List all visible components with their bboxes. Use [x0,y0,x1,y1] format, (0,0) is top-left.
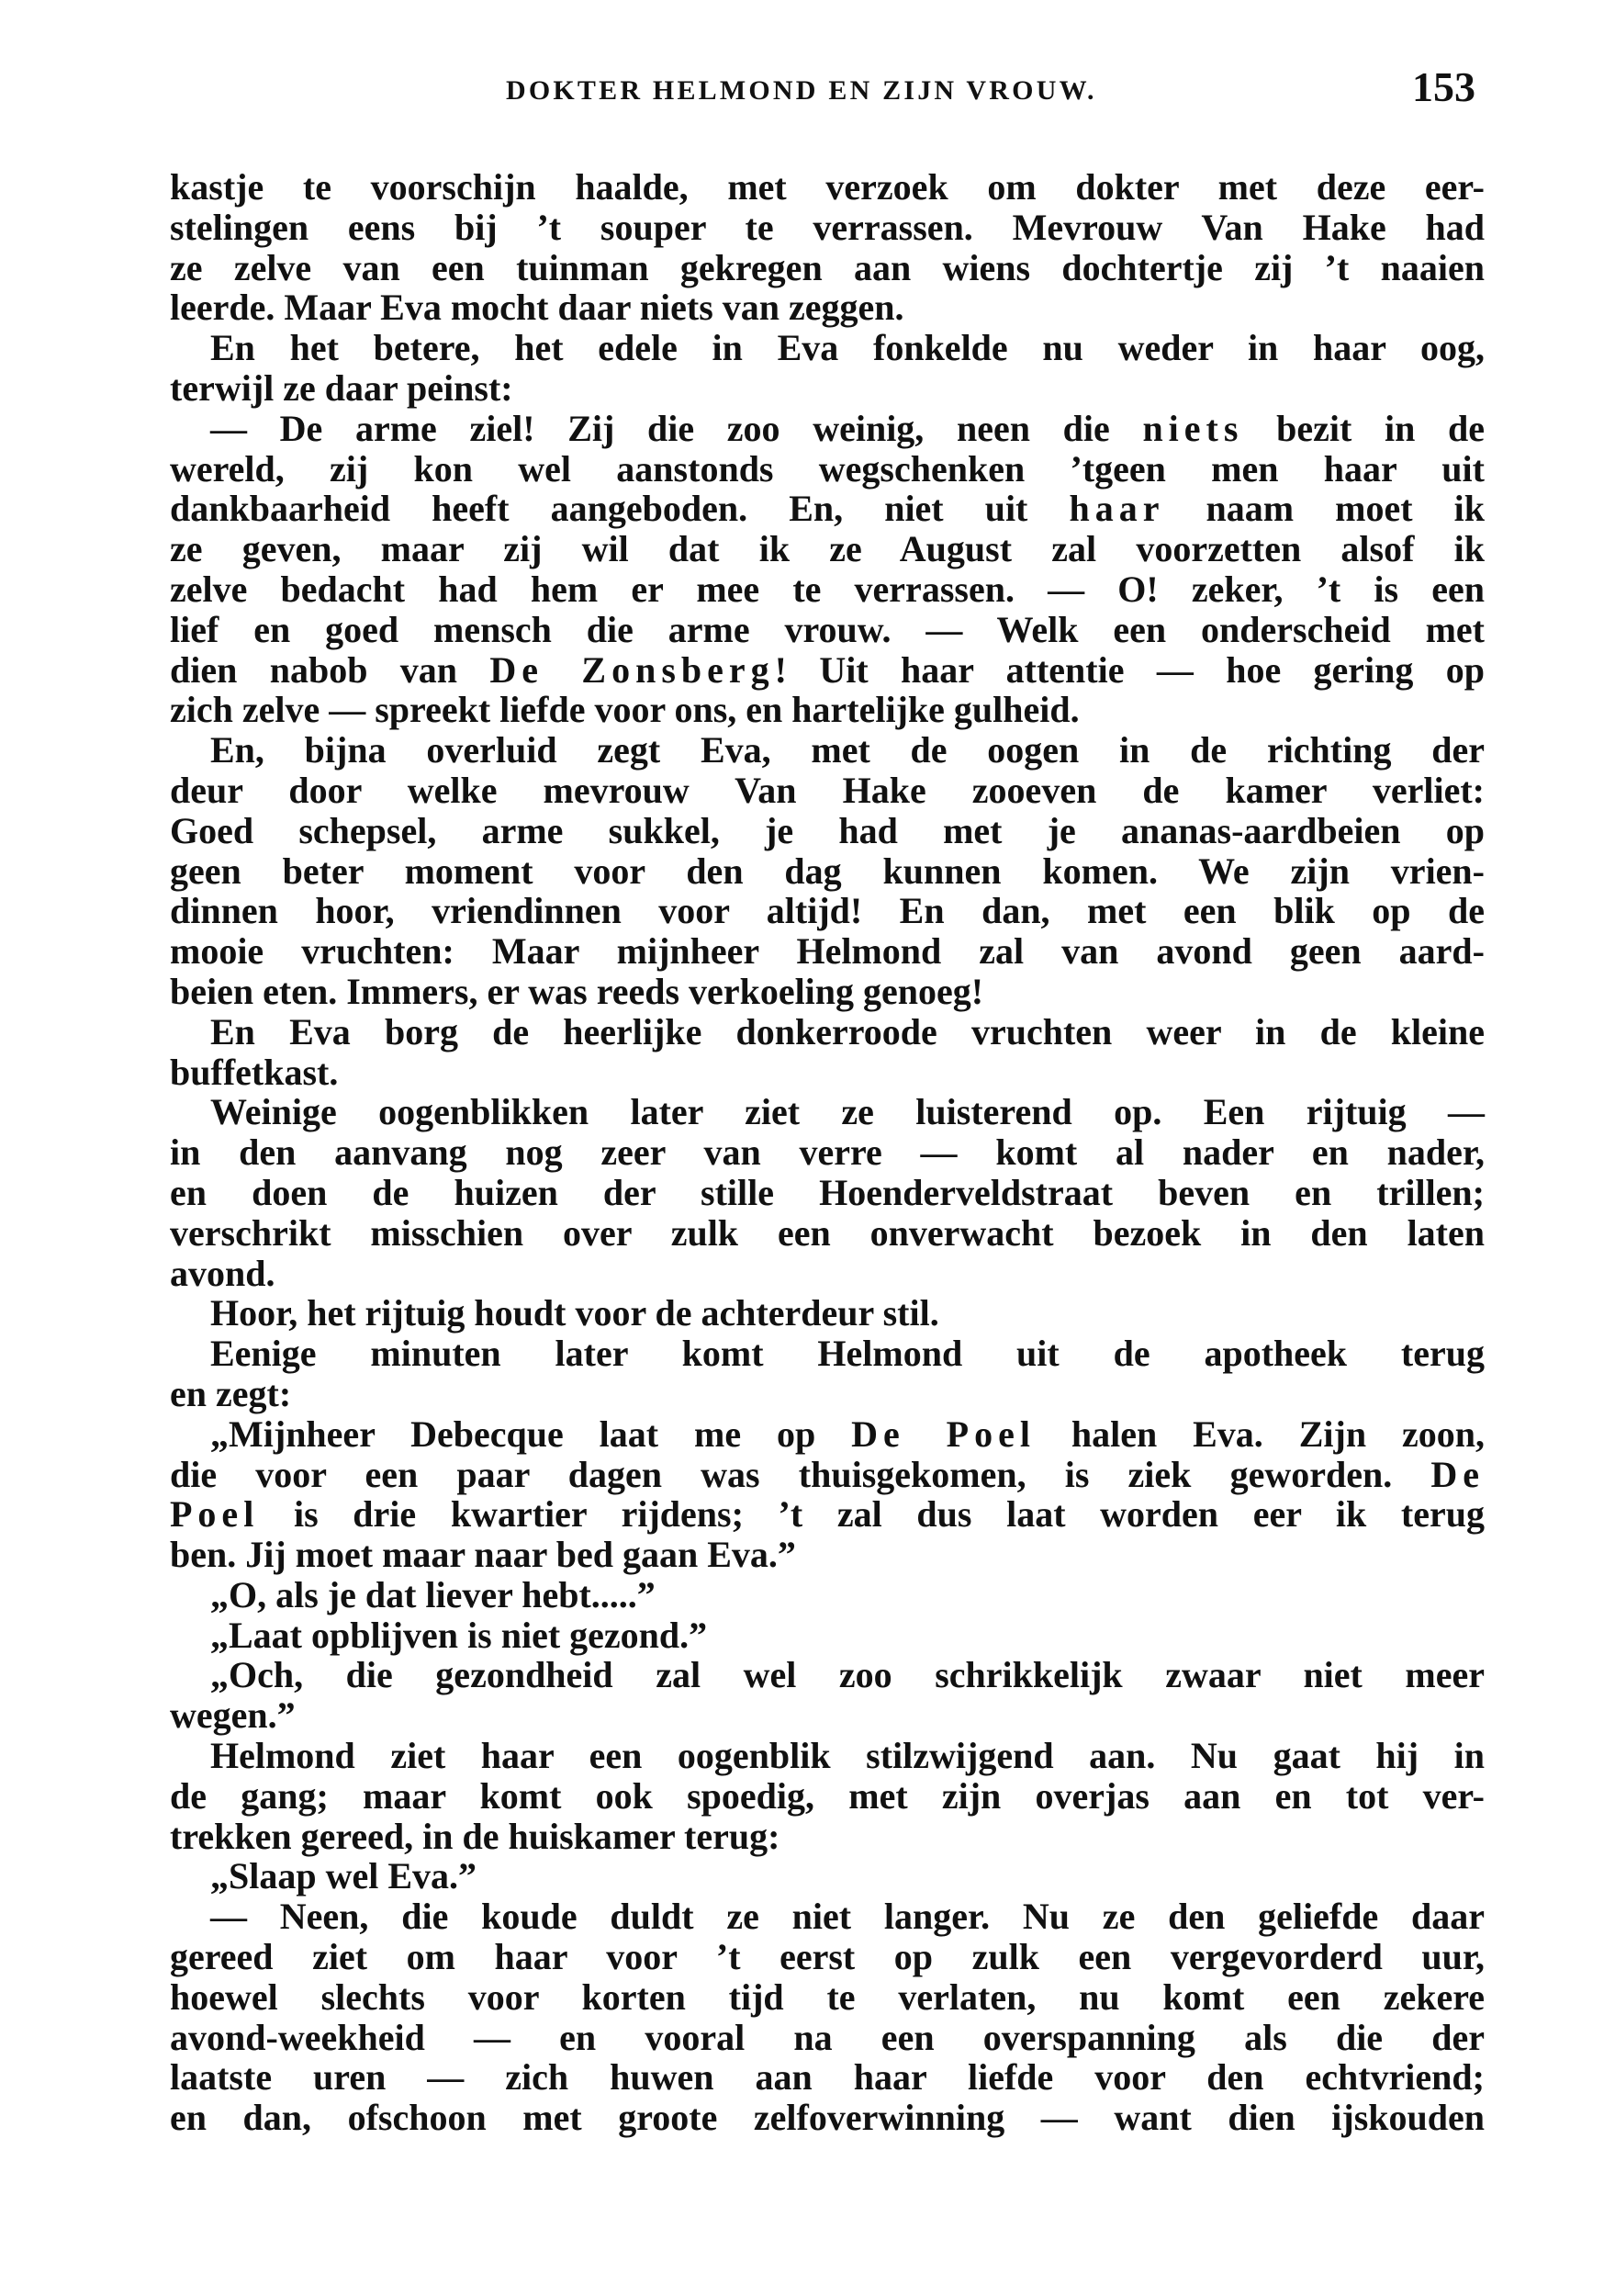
text-line: geen beter moment voor den dag kunnen ko… [170,851,1485,892]
text-line: leerde. Maar Eva mocht daar niets van ze… [170,287,1485,328]
text-line: wegen.” [170,1695,1485,1736]
text-line: trekken gereed, in de huiskamer terug: [170,1817,1485,1857]
text-segment: naam moet ik [1164,488,1485,529]
spaced-emphasis: De Poel [851,1413,1036,1455]
text-line: Goed schepsel, arme sukkel, je had met j… [170,811,1485,851]
text-line: en doen de huizen der stille Hoenderveld… [170,1173,1485,1213]
text-line: zich zelve — spreekt liefde voor ons, en… [170,690,1485,730]
text-line: Weinige oogenblikken later ziet ze luist… [170,1092,1485,1132]
text-segment: „Mijnheer Debecque laat me op [210,1413,851,1455]
text-line: avond-weekheid — en vooral na een oversp… [170,2018,1485,2058]
text-line: En het betere, het edele in Eva fonkelde… [170,328,1485,368]
text-segment: halen Eva. Zijn zoon, [1036,1413,1485,1455]
text-line: dankbaarheid heeft aangeboden. En, niet … [170,489,1485,529]
text-line: Helmond ziet haar een oogenblik stilzwij… [170,1736,1485,1776]
text-line: — Neen, die koude duldt ze niet langer. … [170,1896,1485,1937]
text-line: kastje te voorschijn haalde, met verzoek… [170,167,1485,208]
page-number: 153 [1412,64,1475,110]
text-line: deur door welke mevrouw Van Hake zooeven… [170,771,1485,811]
text-line: dinnen hoor, vriendinnen voor altijd! En… [170,891,1485,931]
text-line: ze zelve van een tuinman gekregen aan wi… [170,248,1485,288]
text-line: Poel is drie kwartier rijdens; ’t zal du… [170,1494,1485,1535]
text-segment: dankbaarheid heeft aangeboden. En, niet … [170,488,1069,529]
text-line: ben. Jij moet maar naar bed gaan Eva.” [170,1535,1485,1575]
spaced-emphasis: De [1430,1454,1485,1495]
text-line: terwijl ze daar peinst: [170,368,1485,409]
text-line: in den aanvang nog zeer van verre — komt… [170,1132,1485,1173]
spaced-emphasis: De Zonsberg [489,649,774,691]
text-line: gereed ziet om haar voor ’t eerst op zul… [170,1937,1485,1977]
text-line: ze geven, maar zij wil dat ik ze August … [170,529,1485,569]
spaced-emphasis: Poel [170,1493,259,1535]
text-line: en zegt: [170,1374,1485,1414]
text-line: „Och, die gezondheid zal wel zoo schrikk… [170,1655,1485,1695]
text-line: verschrikt misschien over zulk een onver… [170,1213,1485,1254]
text-line: zelve bedacht had hem er mee te verrasse… [170,569,1485,610]
text-line: de gang; maar komt ook spoedig, met zijn… [170,1776,1485,1817]
text-line: „O, als je dat liever hebt.....” [170,1575,1485,1615]
text-line: „Slaap wel Eva.” [170,1856,1485,1896]
text-segment: is drie kwartier rijdens; ’t zal dus laa… [259,1493,1485,1535]
text-segment: ! Uit haar attentie — hoe gering op [775,649,1485,691]
text-line: hoewel slechts voor korten tijd te verla… [170,1977,1485,2018]
text-line: „Laat opblijven is niet gezond.” [170,1615,1485,1656]
text-line: dien nabob van De Zonsberg! Uit haar att… [170,650,1485,691]
text-line: „Mijnheer Debecque laat me op De Poel ha… [170,1414,1485,1455]
text-segment: bezit in de [1243,408,1485,449]
text-segment: dien nabob van [170,649,489,691]
text-line: mooie vruchten: Maar mijnheer Helmond za… [170,931,1485,972]
text-line: stelingen eens bij ’t souper te verrasse… [170,208,1485,248]
page-body-text: kastje te voorschijn haalde, met verzoek… [170,167,1485,2138]
text-line: en dan, ofschoon met groote zelfoverwinn… [170,2098,1485,2138]
text-line: buffetkast. [170,1052,1485,1093]
text-line: En, bijna overluid zegt Eva, met de ooge… [170,730,1485,771]
text-line: Eenige minuten later komt Helmond uit de… [170,1334,1485,1374]
text-line: laatste uren — zich huwen aan haar liefd… [170,2057,1485,2098]
text-line: lief en goed mensch die arme vrouw. — We… [170,610,1485,650]
running-head-title: DOKTER HELMOND EN ZIJN VROUW. [506,75,1097,107]
text-line: avond. [170,1254,1485,1294]
text-line: beien eten. Immers, er was reeds verkoel… [170,972,1485,1012]
text-line: die voor een paar dagen was thuisgekomen… [170,1455,1485,1495]
spaced-emphasis: haar [1069,488,1164,529]
text-line: wereld, zij kon wel aanstonds wegschenke… [170,449,1485,490]
text-line: Hoor, het rijtuig houdt voor de achterde… [170,1293,1485,1334]
text-line: — De arme ziel! Zij die zoo weinig, neen… [170,409,1485,449]
text-segment: die voor een paar dagen was thuisgekomen… [170,1454,1430,1495]
text-segment: — De arme ziel! Zij die zoo weinig, neen… [210,408,1142,449]
text-line: En Eva borg de heerlijke donkerroode vru… [170,1012,1485,1052]
spaced-emphasis: niets [1142,408,1243,449]
